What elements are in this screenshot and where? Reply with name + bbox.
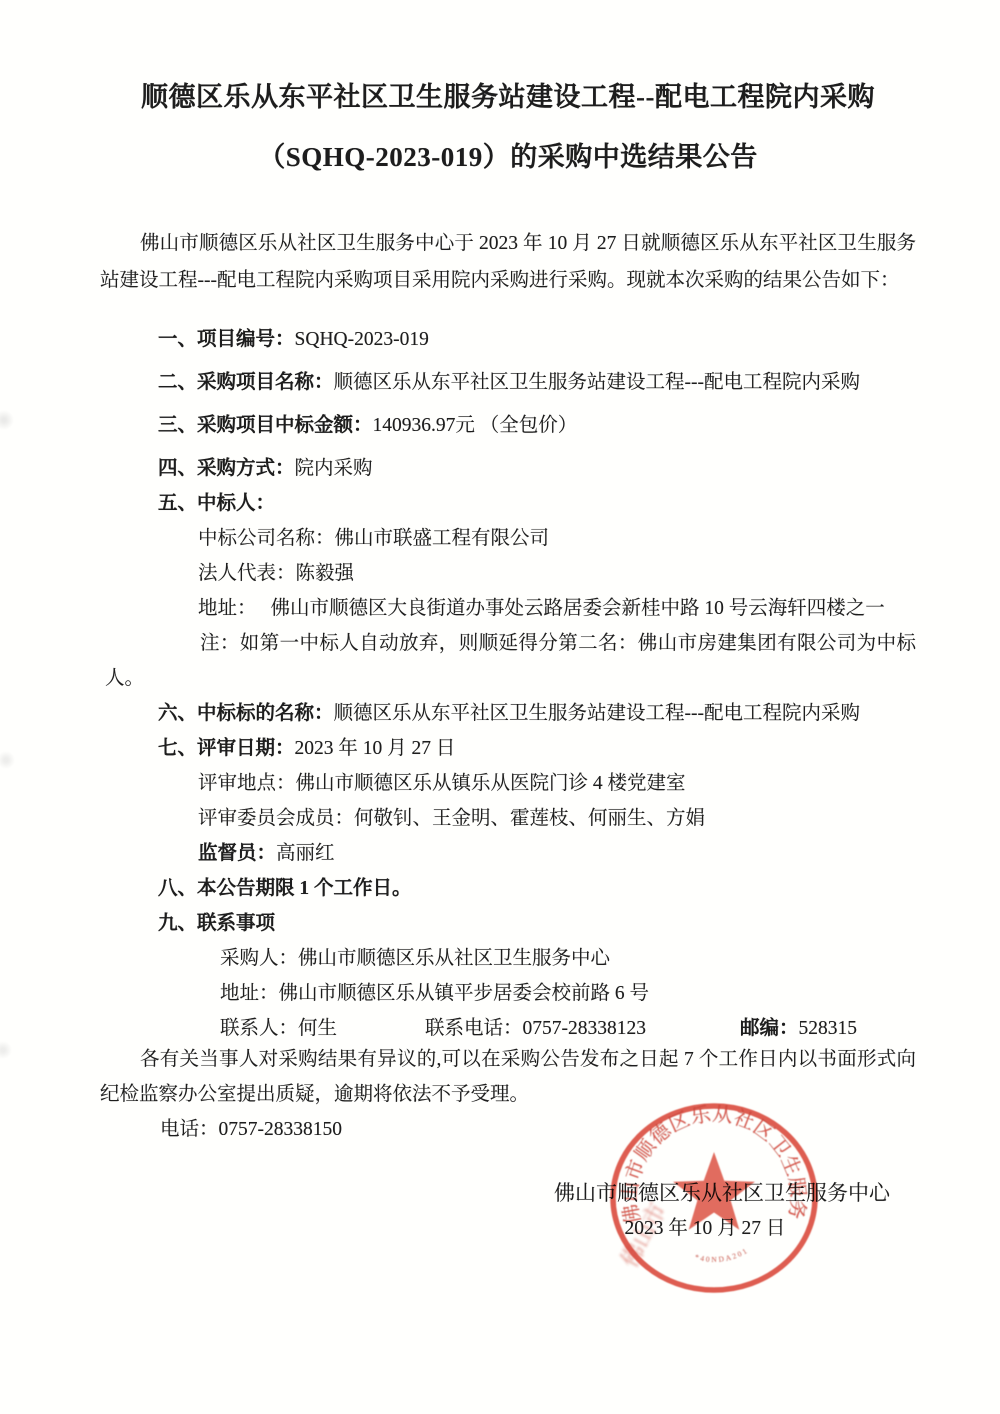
field-label: 中标公司名称： [198, 528, 335, 549]
field-value: 高丽红 [276, 843, 335, 864]
items-list: 一、项目编号：SQHQ-2023-019 二、采购项目名称：顺德区乐从东平社区卫… [100, 322, 916, 1046]
winner-note: 注：如第一中标人自动放弃，则顺延得分第二名：佛山市房建集团有限公司为中标人。 [105, 626, 916, 696]
item-notice-period: 八、本公告期限 1 个工作日。 [158, 871, 916, 906]
objection-paragraph: 各有关当事人对采购结果有异议的,可以在采购公告发布之日起 7 个工作日内以书面形… [100, 1042, 916, 1112]
item-procurement-method: 四、采购方式：院内采购 [158, 451, 916, 486]
field-label: 评审委员会成员： [198, 808, 354, 829]
field-label: 地址： [220, 983, 279, 1004]
item-value: SQHQ-2023-019 [295, 329, 429, 350]
item-value: 2023 年 10 月 27 日 [295, 738, 456, 759]
item-value: 140936.97元 （全包价） [373, 415, 578, 436]
signature-organization: 佛山市顺德区乐从社区卫生服务中心 [0, 1181, 890, 1205]
item-label: 六、中标标的名称： [158, 703, 334, 724]
field-value: 528315 [799, 1018, 858, 1039]
contact-purchaser: 采购人：佛山市顺德区乐从社区卫生服务中心 [220, 941, 916, 976]
item-label: 八、本公告期限 1 个工作日。 [158, 878, 412, 899]
objection-phone: 电话：0757-28338150 [160, 1112, 916, 1147]
winner-company: 中标公司名称：佛山市联盛工程有限公司 [198, 521, 916, 556]
review-committee: 评审委员会成员：何敬钊、王金明、霍莲枝、何丽生、方娟 [198, 801, 916, 836]
item-label: 一、项目编号： [158, 329, 295, 350]
field-value: 0757-28338123 [523, 1018, 647, 1039]
procurement-announcement-page: 顺德区乐从东平社区卫生服务站建设工程--配电工程院内采购 （SQHQ-2023-… [0, 0, 1000, 1414]
field-value: 陈毅强 [296, 563, 355, 584]
item-value: 顺德区乐从东平社区卫生服务站建设工程---配电工程院内采购 [334, 372, 860, 393]
field-value: 佛山市顺德区乐从镇平步居委会校前路 6 号 [279, 983, 650, 1004]
field-value: 佛山市顺德区乐从社区卫生服务中心 [298, 948, 610, 969]
field-label: 地址： [198, 598, 257, 619]
item-label: 三、采购项目中标金额： [158, 415, 373, 436]
document-body: 顺德区乐从东平社区卫生服务站建设工程--配电工程院内采购 （SQHQ-2023-… [100, 84, 916, 1147]
signature-date: 2023 年 10 月 27 日 [615, 1218, 795, 1240]
field-label: 邮编： [740, 1018, 799, 1039]
contact-person: 联系人：何生 [220, 1011, 425, 1046]
field-label: 电话： [160, 1119, 219, 1140]
field-value: 佛山市联盛工程有限公司 [335, 528, 550, 549]
review-place: 评审地点：佛山市顺德区乐从镇乐从医院门诊 4 楼党建室 [198, 766, 916, 801]
contact-postcode: 邮编：528315 [740, 1011, 857, 1046]
contact-phone: 联系电话：0757-28338123 [425, 1011, 740, 1046]
field-label: 监督员： [198, 843, 276, 864]
item-review-date: 七、评审日期：2023 年 10 月 27 日 [158, 731, 916, 766]
item-award-subject: 六、中标标的名称：顺德区乐从东平社区卫生服务站建设工程---配电工程院内采购 [158, 696, 916, 731]
item-value: 顺德区乐从东平社区卫生服务站建设工程---配电工程院内采购 [334, 703, 860, 724]
item-project-name: 二、采购项目名称：顺德区乐从东平社区卫生服务站建设工程---配电工程院内采购 [158, 365, 916, 400]
item-project-number: 一、项目编号：SQHQ-2023-019 [158, 322, 916, 357]
item-label: 四、采购方式： [158, 458, 295, 479]
item-label: 九、联系事项 [158, 913, 275, 934]
field-label: 法人代表： [198, 563, 296, 584]
field-value: 0757-28338150 [219, 1119, 343, 1140]
review-supervisor: 监督员：高丽红 [198, 836, 916, 871]
intro-paragraph: 佛山市顺德区乐从社区卫生服务中心于 2023 年 10 月 27 日就顺德区乐从… [100, 225, 916, 299]
contact-address: 地址：佛山市顺德区乐从镇平步居委会校前路 6 号 [220, 976, 916, 1011]
page-title-line2: （SQHQ-2023-019）的采购中选结果公告 [100, 144, 916, 171]
field-label: 联系人： [220, 1018, 298, 1039]
item-award-amount: 三、采购项目中标金额：140936.97元 （全包价） [158, 408, 916, 443]
field-label: 联系电话： [425, 1018, 523, 1039]
item-label: 七、评审日期： [158, 738, 295, 759]
item-value: 院内采购 [295, 458, 373, 479]
field-value: 何生 [298, 1018, 337, 1039]
item-label: 二、采购项目名称： [158, 372, 334, 393]
item-contact-heading: 九、联系事项 [158, 906, 916, 941]
field-value: 何敬钊、王金明、霍莲枝、何丽生、方娟 [354, 808, 705, 829]
winner-legal-rep: 法人代表：陈毅强 [198, 556, 916, 591]
item-winner-heading: 五、中标人： [158, 486, 916, 521]
page-title-line1: 顺德区乐从东平社区卫生服务站建设工程--配电工程院内采购 [100, 84, 916, 111]
contact-row: 联系人：何生 联系电话：0757-28338123 邮编：528315 [220, 1011, 916, 1046]
item-label: 五、中标人： [158, 493, 275, 514]
field-label: 评审地点： [198, 773, 296, 794]
field-label: 采购人： [220, 948, 298, 969]
winner-address: 地址：佛山市顺德区大良街道办事处云路居委会新桂中路 10 号云海轩四楼之一 [198, 591, 916, 626]
field-value: 佛山市顺德区大良街道办事处云路居委会新桂中路 10 号云海轩四楼之一 [271, 598, 885, 619]
field-value: 佛山市顺德区乐从镇乐从医院门诊 4 楼党建室 [296, 773, 686, 794]
